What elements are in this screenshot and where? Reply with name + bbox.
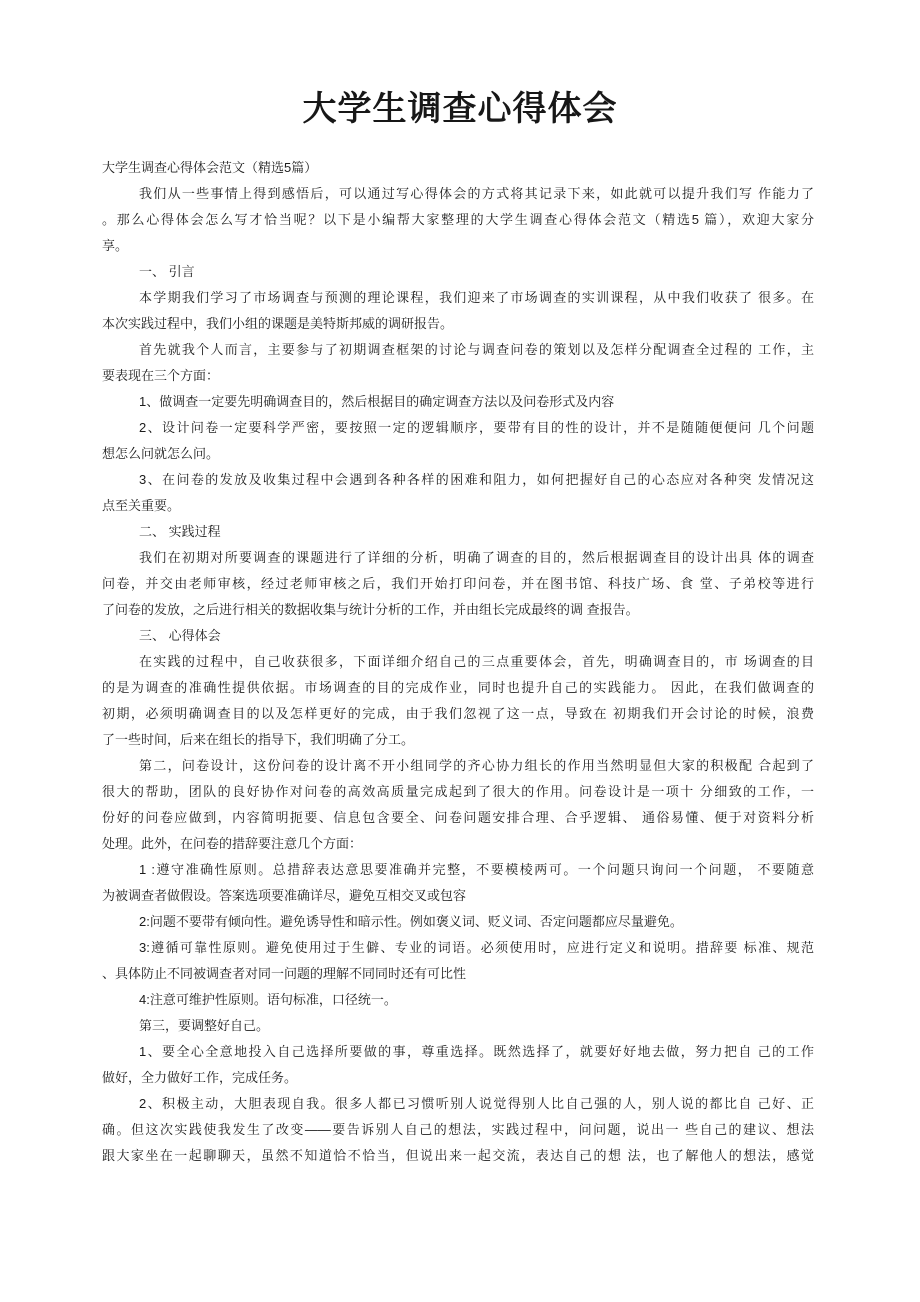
paragraph: 一、 引言 [102, 259, 814, 285]
text-line: 点至关重要。 [102, 493, 814, 519]
paragraph: 4:注意可维护性原则。语句标准，口径统一。 [102, 987, 814, 1013]
text-line: 了一些时间，后来在组长的指导下，我们明确了分工。 [102, 727, 814, 753]
text-line: 处理。此外，在问卷的措辞要注意几个方面： [102, 831, 814, 857]
document-title: 大学生调查心得体会 [0, 0, 920, 130]
text-line: 初期，必须明确调查目的以及怎样更好的完成，由于我们忽视了这一点，导致在 初期我们… [102, 701, 814, 727]
text-line: 份好的问卷应做到，内容简明扼要、信息包含要全、问卷问题安排合理、合乎逻辑、 通俗… [102, 805, 814, 831]
document-body: 大学生调查心得体会范文（精选5篇）我们从一些事情上得到感悟后，可以通过写心得体会… [102, 155, 814, 1169]
paragraph: 2、设计问卷一定要科学严密，要按照一定的逻辑顺序，要带有目的性的设计，并不是随随… [102, 415, 814, 467]
text-line: 我们从一些事情上得到感悟后，可以通过写心得体会的方式将其记录下来，如此就可以提升… [102, 181, 814, 207]
text-line: 本学期我们学习了市场调查与预测的理论课程，我们迎来了市场调查的实训课程，从中我们… [102, 285, 814, 311]
paragraph: 3:遵循可靠性原则。避免使用过于生僻、专业的词语。必须使用时，应进行定义和说明。… [102, 935, 814, 987]
text-line: 在实践的过程中，自己收获很多，下面详细介绍自己的三点重要体会，首先，明确调查目的… [102, 649, 814, 675]
paragraph: 第二，问卷设计，这份问卷的设计离不开小组同学的齐心协力组长的作用当然明显但大家的… [102, 753, 814, 857]
paragraph: 我们在初期对所要调查的课题进行了详细的分析，明确了调查的目的，然后根据调查目的设… [102, 545, 814, 623]
paragraph: 3、在问卷的发放及收集过程中会遇到各种各样的困难和阻力，如何把握好自己的心态应对… [102, 467, 814, 519]
paragraph: 首先就我个人而言，主要参与了初期调查框架的讨论与调查问卷的策划以及怎样分配调查全… [102, 337, 814, 389]
text-line: 要表现在三个方面： [102, 363, 814, 389]
document-page: 大学生调查心得体会 大学生调查心得体会范文（精选5篇）我们从一些事情上得到感悟后… [0, 0, 920, 1302]
text-line: 首先就我个人而言，主要参与了初期调查框架的讨论与调查问卷的策划以及怎样分配调查全… [102, 337, 814, 363]
paragraph: 1、做调查一定要先明确调查目的，然后根据目的确定调查方法以及问卷形式及内容 [102, 389, 814, 415]
paragraph: 大学生调查心得体会范文（精选5篇） [102, 155, 814, 181]
text-line: 。那么心得体会怎么写才恰当呢？以下是小编帮大家整理的大学生调查心得体会范文（精选… [102, 207, 814, 233]
text-line: 享。 [102, 233, 814, 259]
text-line: 为被调查者做假设。答案选项要准确详尽，避免互相交叉或包容 [102, 883, 814, 909]
text-line: 大学生调查心得体会范文（精选5篇） [102, 155, 814, 181]
text-line: 、具体防止不同被调查者对同一问题的理解不同同时还有可比性 [102, 961, 814, 987]
text-line: 第二，问卷设计，这份问卷的设计离不开小组同学的齐心协力组长的作用当然明显但大家的… [102, 753, 814, 779]
text-line: 4:注意可维护性原则。语句标准，口径统一。 [102, 987, 814, 1013]
paragraph: 1、要全心全意地投入自己选择所要做的事，尊重选择。既然选择了，就要好好地去做，努… [102, 1039, 814, 1091]
text-line: 3:遵循可靠性原则。避免使用过于生僻、专业的词语。必须使用时，应进行定义和说明。… [102, 935, 814, 961]
paragraph: 2:问题不要带有倾向性。避免诱导性和暗示性。例如褒义词、贬义词、否定问题都应尽量… [102, 909, 814, 935]
text-line: 2、设计问卷一定要科学严密，要按照一定的逻辑顺序，要带有目的性的设计，并不是随随… [102, 415, 814, 441]
text-line: 三、 心得体会 [102, 623, 814, 649]
text-line: 2、积极主动，大胆表现自我。很多人都已习惯听别人说觉得别人比自己强的人，别人说的… [102, 1091, 814, 1117]
text-line: 2:问题不要带有倾向性。避免诱导性和暗示性。例如褒义词、贬义词、否定问题都应尽量… [102, 909, 814, 935]
paragraph: 我们从一些事情上得到感悟后，可以通过写心得体会的方式将其记录下来，如此就可以提升… [102, 181, 814, 259]
text-line: 第三，要调整好自己。 [102, 1013, 814, 1039]
text-line: 跟大家坐在一起聊聊天，虽然不知道恰不恰当，但说出来一起交流，表达自己的想 法，也… [102, 1143, 814, 1169]
text-line: 很大的帮助，团队的良好协作对问卷的高效高质量完成起到了很大的作用。问卷设计是一项… [102, 779, 814, 805]
paragraph: 二、 实践过程 [102, 519, 814, 545]
text-line: 二、 实践过程 [102, 519, 814, 545]
text-line: 做好，全力做好工作，完成任务。 [102, 1065, 814, 1091]
paragraph: 三、 心得体会 [102, 623, 814, 649]
text-line: 1、做调查一定要先明确调查目的，然后根据目的确定调查方法以及问卷形式及内容 [102, 389, 814, 415]
text-line: 3、在问卷的发放及收集过程中会遇到各种各样的困难和阻力，如何把握好自己的心态应对… [102, 467, 814, 493]
text-line: 想怎么问就怎么问。 [102, 441, 814, 467]
text-line: 本次实践过程中，我们小组的课题是美特斯邦威的调研报告。 [102, 311, 814, 337]
paragraph: 2、积极主动，大胆表现自我。很多人都已习惯听别人说觉得别人比自己强的人，别人说的… [102, 1091, 814, 1169]
text-line: 确。但这次实践使我发生了改变——要告诉别人自己的想法，实践过程中，问问题，说出一… [102, 1117, 814, 1143]
paragraph: 第三，要调整好自己。 [102, 1013, 814, 1039]
text-line: 问卷，并交由老师审核，经过老师审核之后，我们开始打印问卷，并在图书馆、科技广场、… [102, 571, 814, 597]
text-line: 了问卷的发放，之后进行相关的数据收集与统计分析的工作，并由组长完成最终的调 查报… [102, 597, 814, 623]
text-line: 一、 引言 [102, 259, 814, 285]
text-line: 1、要全心全意地投入自己选择所要做的事，尊重选择。既然选择了，就要好好地去做，努… [102, 1039, 814, 1065]
paragraph: 本学期我们学习了市场调查与预测的理论课程，我们迎来了市场调查的实训课程，从中我们… [102, 285, 814, 337]
paragraph: 1 :遵守准确性原则。总措辞表达意思要准确并完整，不要模棱两可。一个问题只询问一… [102, 857, 814, 909]
text-line: 的是为调查的准确性提供依据。市场调查的目的完成作业，同时也提升自己的实践能力。 … [102, 675, 814, 701]
text-line: 1 :遵守准确性原则。总措辞表达意思要准确并完整，不要模棱两可。一个问题只询问一… [102, 857, 814, 883]
paragraph: 在实践的过程中，自己收获很多，下面详细介绍自己的三点重要体会，首先，明确调查目的… [102, 649, 814, 753]
text-line: 我们在初期对所要调查的课题进行了详细的分析，明确了调查的目的，然后根据调查目的设… [102, 545, 814, 571]
